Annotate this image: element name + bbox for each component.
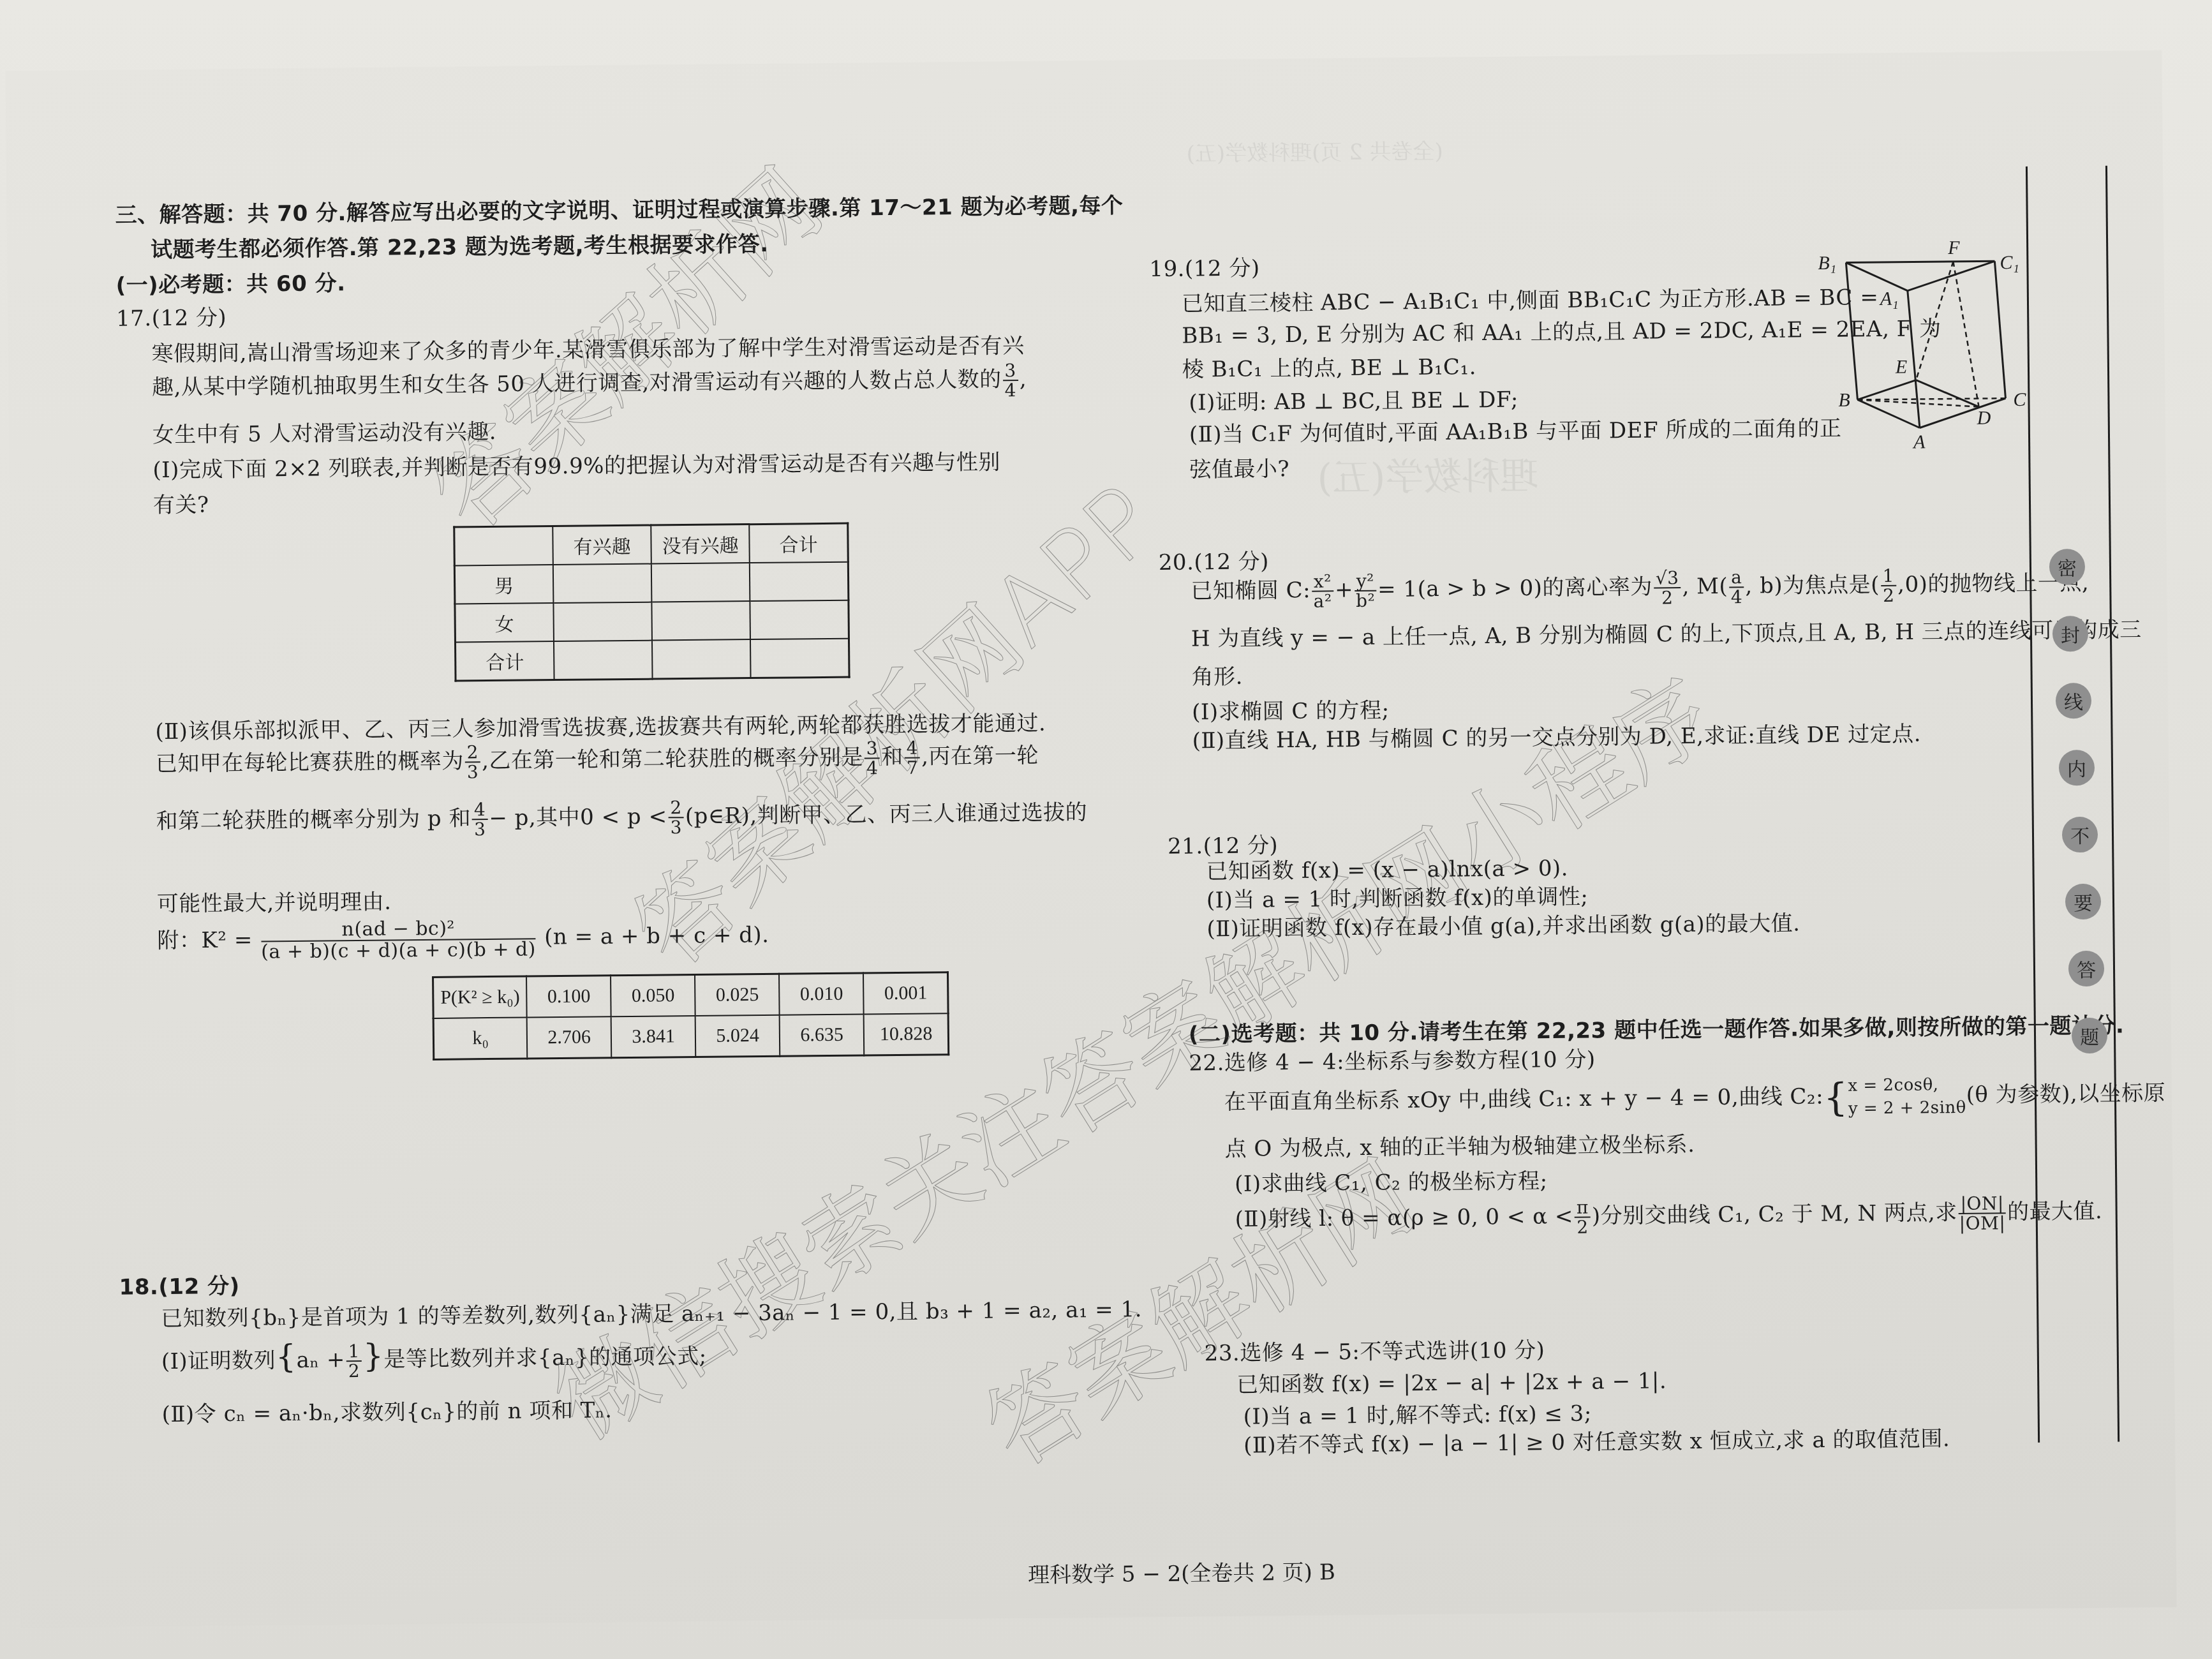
table-row: 男: [454, 562, 849, 604]
q19-line3: 棱 B₁C₁ 上的点, BE ⊥ B₁C₁.: [1182, 349, 1476, 383]
seal-char: 答: [2068, 951, 2105, 987]
seal-line: 密 封 线 内 不 要 答 题: [2045, 549, 2103, 1187]
bleed-through-text: 理科数学(五): [1317, 445, 1539, 502]
q23-part2: (Ⅱ)若不等式 f(x) − |a − 1| ≥ 0 对任意实数 x 恒成立,求…: [1243, 1421, 1950, 1459]
q18-number: 18.(12 分): [119, 1268, 239, 1301]
binding-line-right: [2105, 166, 2119, 1442]
q19-line1: 已知直三棱柱 ABC − A₁B₁C₁ 中,侧面 BB₁C₁C 为正方形.AB …: [1182, 279, 1879, 317]
seal-char: 线: [2056, 683, 2092, 719]
seal-char: 封: [2052, 616, 2089, 652]
svg-text:A: A: [1912, 431, 1926, 452]
q17-part1-line2: 有关?: [153, 487, 209, 519]
section-header-line1: 三、解答题：共 70 分.解答应写出必要的文字说明、证明过程或演算步骤.第 17…: [115, 188, 1123, 228]
q20-line1: 已知椭圆 C:x²a²+y²b²= 1(a > b > 0)的离心率为√32, …: [1191, 565, 2090, 612]
q22-line1: 在平面直角坐标系 xOy 中,曲线 C₁: x + y − 4 = 0,曲线 C…: [1224, 1071, 2166, 1127]
page-footer: 理科数学 5 − 2(全卷共 2 页) B: [1028, 1554, 1335, 1589]
q19-number: 19.(12 分): [1149, 250, 1260, 283]
q20-part1: (Ⅰ)求椭圆 C 的方程;: [1192, 693, 1390, 726]
contingency-table: 有兴趣 没有兴趣 合计 男 女 合计: [453, 523, 850, 682]
svg-text:C: C: [2013, 389, 2026, 410]
svg-text:A₁: A₁: [1879, 288, 1899, 309]
q19-part1: (Ⅰ)证明: AB ⊥ BC,且 BE ⊥ DF;: [1189, 382, 1518, 417]
seal-char: 题: [2072, 1018, 2108, 1054]
q22-line2: 点 O 为极点, x 轴的正半轴为极轴建立极坐标系.: [1224, 1127, 1695, 1163]
q17-part2-line4: 可能性最大,并说明理由.: [157, 884, 392, 918]
q19-part2-line2: 弦值最小?: [1189, 451, 1289, 484]
optional-section-header: (二)选考题：共 10 分.请考生在第 22,23 题中任选一题作答.如果多做,…: [1189, 1008, 2125, 1048]
fraction: 34: [1002, 361, 1018, 400]
svg-text:F: F: [1947, 237, 1960, 258]
svg-text:B₁: B₁: [1818, 253, 1836, 274]
q18-part2: (Ⅱ)令 cₙ = aₙ·bₙ,求数列{cₙ}的前 n 项和 Tₙ.: [161, 1392, 612, 1428]
svg-text:E: E: [1895, 357, 1908, 378]
seal-char: 要: [2065, 884, 2102, 920]
svg-text:C₁: C₁: [2000, 252, 2019, 273]
required-part-header: (一)必考题：共 60 分.: [115, 265, 345, 299]
q19-part2-line1: (Ⅱ)当 C₁F 为何值时,平面 AA₁B₁B 与平面 DEF 所成的二面角的正: [1189, 411, 1842, 449]
svg-text:B: B: [1838, 390, 1850, 411]
table-row: 合计: [455, 639, 849, 681]
seal-char: 内: [2059, 750, 2095, 786]
q17-number: 17.(12 分): [116, 300, 227, 332]
q23-stem: 已知函数 f(x) = |2x − a| + |2x + a − 1|.: [1236, 1363, 1666, 1398]
prism-figure: B₁ C₁ A₁ F E B C D A: [1806, 230, 2038, 462]
q20-line3: 角形.: [1191, 659, 1243, 691]
bleed-through-text: (全卷共 2 页)理科数学(五): [1186, 134, 1443, 168]
q17-part2-line3: 和第二轮获胜的概率分别为 p 和43− p,其中0 < p <23(p∈R),判…: [156, 794, 1087, 842]
svg-text:D: D: [1977, 407, 1991, 428]
seal-char: 密: [2049, 549, 2086, 585]
table-row: k₀ 2.706 3.841 5.024 6.635 10.828: [433, 1013, 949, 1059]
seal-char: 不: [2062, 817, 2098, 853]
table-row: 女: [455, 600, 849, 643]
